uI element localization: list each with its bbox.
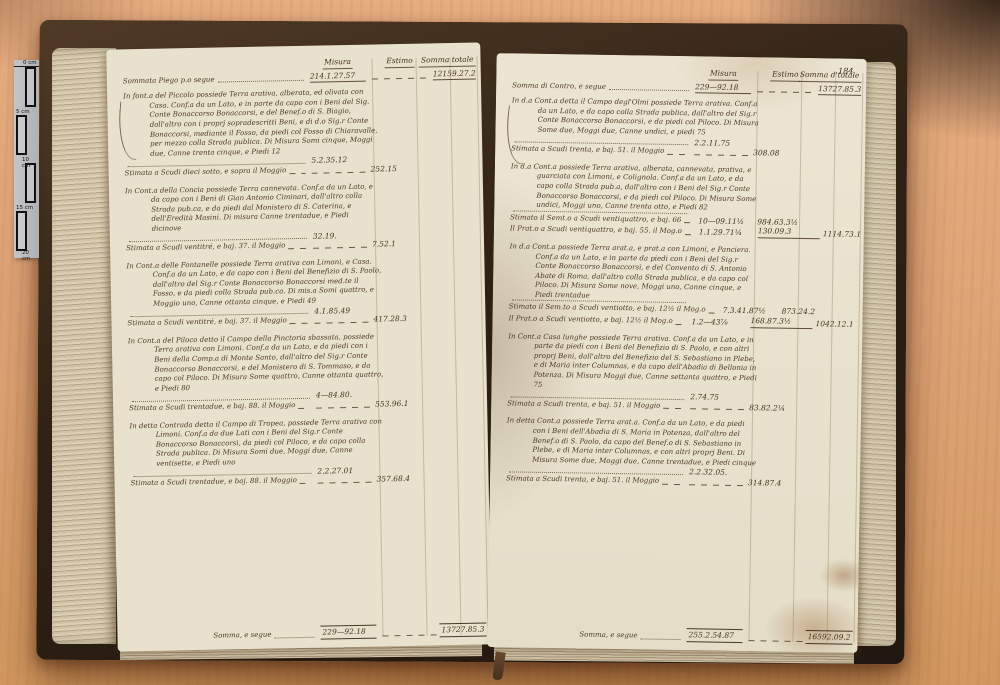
stima-line: Stimata a Scudi ventitré, e baj. 37. il …	[127, 316, 287, 329]
leader-dashes	[667, 154, 688, 155]
entry-text: In font.a del Piccolo possiede Terra ara…	[123, 88, 379, 160]
scale-segment	[25, 67, 36, 107]
sum-misura-value: 229—92.18	[320, 625, 376, 640]
scale-label: 15 cm	[16, 205, 33, 211]
misura-value: 2.2.11.75	[694, 138, 750, 148]
scale-label: 20 cm	[22, 250, 39, 262]
leader-dashes	[663, 408, 684, 409]
estimo-value: 252.15	[371, 163, 433, 174]
leader-dashes	[298, 407, 310, 408]
scale-label: 10 cm	[22, 157, 39, 169]
leader-dashes	[316, 406, 372, 408]
leader-dots	[218, 80, 304, 83]
page-number: 184	[838, 66, 853, 76]
ledger-entry: In d.a Cont.a detta il Campo degl'Olmi p…	[511, 97, 861, 160]
column-header-estimo: Estimo	[384, 56, 415, 68]
entry-text: In d.a Cont.a detta il Campo degl'Olmi p…	[511, 97, 763, 139]
sum-somma-value: 16592.09.2	[805, 630, 852, 644]
ledger-entry: In font.a del Piccolo possiede Terra ara…	[123, 86, 478, 179]
scale-segment	[16, 115, 27, 155]
ledger-entry: In Cont.a del Piloco detto il Campo dell…	[128, 330, 482, 414]
stima-line: Stimata a Scudi trenta, e baj. 51. il Mo…	[511, 145, 664, 157]
leader-dashes	[684, 222, 692, 223]
somma-total-value: 1114.73.1	[823, 230, 865, 240]
estimo-value: 7.52.1	[372, 238, 434, 249]
sum-somma-value: 13727.85.3	[439, 623, 486, 637]
ledger-entry: In Cont.a delle Fontanelle possiede Terr…	[126, 255, 480, 329]
estimo-value: 417.28.3	[373, 314, 435, 325]
misura-value: 2.2.27.01	[317, 465, 373, 476]
leader-dashes	[685, 234, 693, 235]
leader-dashes	[709, 313, 717, 314]
misura-value: 7.3.41.87½	[723, 306, 779, 316]
leader-dots	[640, 638, 680, 640]
estimo-value: 130.09.3	[758, 227, 820, 240]
misura-value: 1.2—43⅞	[691, 317, 747, 327]
misura-value: 4.1.85.49	[314, 305, 370, 316]
stima-line: Stimata a Scudi trentadue, e baj. 88. il…	[131, 476, 297, 489]
scale-segment	[16, 211, 27, 251]
estimo-value: 314.87.4	[748, 478, 810, 489]
leader-dashes	[748, 640, 802, 642]
leader-dots	[275, 637, 315, 639]
leader-dashes	[315, 321, 371, 323]
stima-line: Stimata a Scudi dieci sotto, e sopra il …	[125, 166, 287, 179]
stima-line: Stimata a Scudi trenta, e baj. 51. il Mo…	[507, 399, 660, 411]
scale-label: 5 cm	[16, 109, 30, 115]
leader-dashes	[312, 171, 368, 173]
column-header-somma: Somma totale	[419, 55, 476, 68]
leader-dashes	[690, 409, 746, 411]
leader-dashes	[676, 324, 686, 325]
misura-value: 5.2.35.12	[311, 155, 367, 166]
page-sum-line: Somma, e segue 255.2.54.87 16592.09.2	[503, 626, 852, 645]
misura-value: 2.2.32.05.	[689, 468, 745, 478]
ledger-entry: In d.a Cont.a possiede Terra arativa, al…	[510, 162, 860, 240]
sum-label: Somma, e segue	[213, 631, 271, 642]
stima-line: Il Prat.o a Scudi ventiotto, e baj. 12½ …	[508, 314, 672, 326]
carry-misura-value: 229—92.18	[695, 82, 751, 94]
misura-value: 2.74.75	[690, 392, 746, 402]
left-page: Misura Estimo Somma totale Sommata Piego…	[106, 42, 491, 651]
photo-of-manuscript: { "photo": { "page_number": "184" }, "sc…	[0, 0, 1000, 685]
carry-label: Sommata Piego p.o segue	[123, 75, 215, 86]
sum-label: Somma, e segue	[579, 631, 637, 642]
leader-dashes	[289, 172, 305, 173]
carry-misura-value: 214.1.27.57	[310, 70, 366, 83]
scale-label: 0 cm	[23, 60, 37, 66]
estimo-value: 553.96.1	[375, 398, 437, 409]
leader-dashes	[662, 483, 683, 484]
entry-text: In d.a Cont.a possiede Terra arat.a, e p…	[509, 242, 761, 303]
ledger-entry: In d.a Cont.a possiede Terra arat.a, e p…	[508, 242, 858, 329]
stima-line: Stimata a Scudi trentadue, e baj. 88. il…	[129, 401, 295, 414]
ledger-entry: In detta Cont.a possiede Terra arat.a. C…	[506, 417, 856, 490]
misura-value: 10—09.11½	[698, 216, 754, 226]
estimo-value: 168.87.3½	[750, 316, 812, 329]
leader-dashes	[290, 323, 309, 324]
leader-dashes	[300, 483, 312, 484]
estimo-value: 357.68.4	[376, 474, 438, 485]
leader-dashes	[318, 481, 374, 483]
leader-dashes	[372, 78, 430, 80]
scale-bar: 0 cm 5 cm 10 cm 15 cm 20 cm	[14, 60, 39, 258]
leader-dashes	[288, 248, 307, 249]
ledger-entry: In Cont.a della Concia possiede Terra ca…	[125, 180, 479, 254]
stima-line: Il Prat.o a Scudi ventiquattro, e baj. 5…	[510, 225, 682, 237]
estimo-value: 308.08	[753, 148, 815, 159]
sum-misura-value: 255.2.54.87	[686, 629, 742, 643]
entry-text: In Cont.a Casa lunghe possiede Terra ara…	[507, 332, 759, 393]
leader-dashes	[383, 634, 437, 636]
entry-text: In detta Contrada detta il Campo di Trop…	[129, 417, 385, 470]
leader-dashes	[689, 484, 745, 486]
entry-text: In d.a Cont.a possiede Terra arativa, al…	[510, 162, 762, 214]
ledger-entry: In Cont.a Casa lunghe possiede Terra ara…	[507, 332, 857, 414]
misura-value: 1.1.29.71¼	[699, 228, 755, 238]
page-edges-left	[52, 48, 116, 644]
carry-label: Somma di Contro, e segue	[512, 81, 606, 92]
column-header-estimo: Estimo	[770, 69, 801, 81]
somma-total-value: 1042.12.1	[815, 319, 857, 329]
right-page: 184 Misura Estimo Somma d'totale Somma d…	[487, 53, 866, 653]
entry-text: In Cont.a delle Fontanelle possiede Terr…	[126, 257, 382, 310]
scale-segment	[25, 163, 36, 203]
carry-somma-value: 13727.85.3	[818, 84, 861, 96]
leader-dashes	[757, 91, 815, 93]
stima-line: Stimata a Scudi trenta, e baj. 51. il Mo…	[506, 474, 659, 486]
misura-value: 4—84.80.	[316, 390, 372, 401]
stima-line: Stimata a Scudi ventitré, e baj. 37. il …	[126, 241, 286, 254]
leader-dashes	[694, 154, 750, 156]
page-sum-line: Somma, e segue 229—92.18 13727.85.3	[133, 623, 486, 643]
entry-text: In Cont.a del Piloco detto il Campo dell…	[128, 332, 384, 394]
carry-somma-value: 12159.27.2	[433, 68, 476, 80]
binding-tie	[492, 651, 505, 680]
misura-value: 32.19.	[313, 230, 369, 241]
estimo-value: 83.82.2¼	[749, 403, 811, 414]
entry-text: In detta Cont.a possiede Terra arat.a. C…	[506, 417, 758, 469]
leader-dashes	[313, 246, 369, 248]
column-header-misura: Misura	[322, 57, 353, 69]
column-header-misura: Misura	[708, 68, 739, 80]
leader-dots	[609, 89, 689, 91]
ledger-entry: In detta Contrada detta il Campo di Trop…	[129, 415, 483, 489]
entry-text: In Cont.a della Concia possiede Terra ca…	[125, 182, 381, 235]
